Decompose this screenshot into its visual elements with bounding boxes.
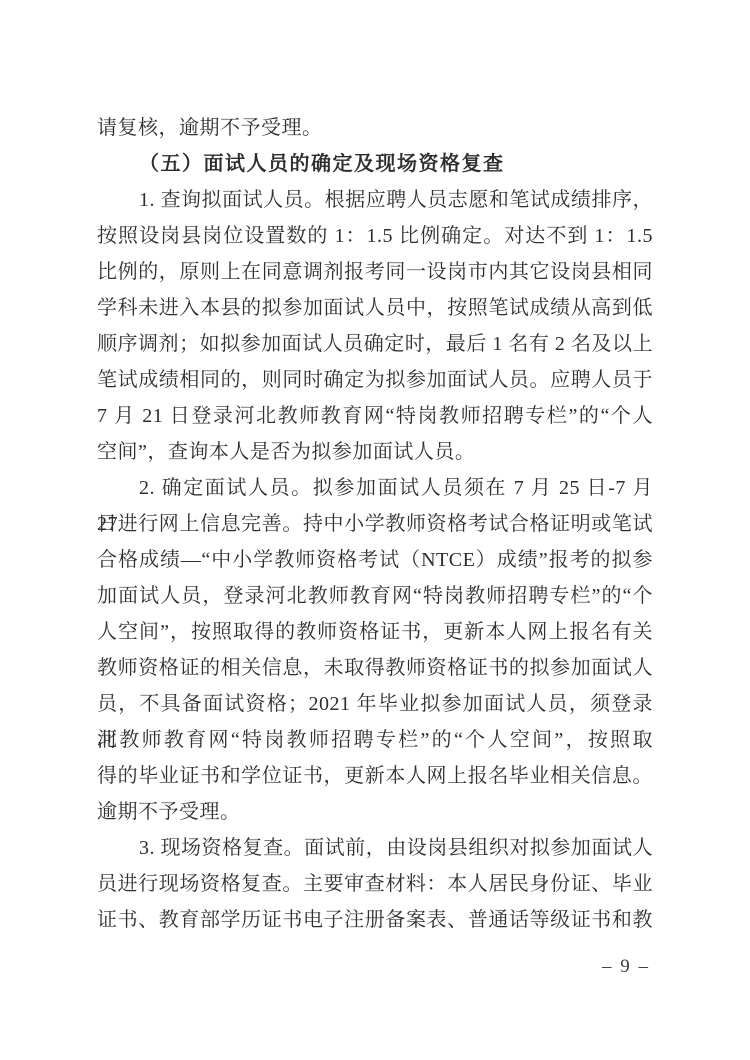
text-line: 得的毕业证书和学位证书，更新本人网上报名毕业相关信息。	[97, 758, 653, 794]
text-line: 请复核，逾期不予受理。	[97, 110, 653, 146]
text-line: 顺序调剂；如拟参加面试人员确定时，最后 1 名有 2 名及以上	[97, 326, 653, 362]
document-page: 请复核，逾期不予受理。（五）面试人员的确定及现场资格复查1. 查询拟面试人员。根…	[0, 0, 750, 1060]
text-line: 空间”，查询本人是否为拟参加面试人员。	[97, 434, 653, 470]
text-line: 比例的，原则上在同意调剂报考同一设岗市内其它设岗县相同	[97, 254, 653, 290]
text-line: 7 月 21 日登录河北教师教育网“特岗教师招聘专栏”的“个人	[97, 398, 653, 434]
text-line: 日进行网上信息完善。持中小学教师资格考试合格证明或笔试	[97, 506, 653, 542]
text-line: 2. 确定面试人员。拟参加面试人员须在 7 月 25 日-7 月 27	[97, 470, 653, 506]
text-line: 人空间”，按照取得的教师资格证书，更新本人网上报名有关	[97, 614, 653, 650]
text-line: 北教师教育网“特岗教师招聘专栏”的“个人空间”，按照取	[97, 722, 653, 758]
text-line: 教师资格证的相关信息，未取得教师资格证书的拟参加面试人	[97, 650, 653, 686]
text-line: 加面试人员，登录河北教师教育网“特岗教师招聘专栏”的“个	[97, 578, 653, 614]
text-line: 员进行现场资格复查。主要审查材料：本人居民身份证、毕业	[97, 866, 653, 902]
document-body: 请复核，逾期不予受理。（五）面试人员的确定及现场资格复查1. 查询拟面试人员。根…	[97, 110, 653, 938]
text-line: 逾期不予受理。	[97, 794, 653, 830]
text-line: 学科未进入本县的拟参加面试人员中，按照笔试成绩从高到低	[97, 290, 653, 326]
page-number: – 9 –	[602, 953, 650, 981]
text-line: 3. 现场资格复查。面试前，由设岗县组织对拟参加面试人	[97, 830, 653, 866]
text-line: 按照设岗县岗位设置数的 1：1.5 比例确定。对达不到 1：1.5	[97, 218, 653, 254]
text-line: 员，不具备面试资格；2021 年毕业拟参加面试人员，须登录河	[97, 686, 653, 722]
text-line: 证书、教育部学历证书电子注册备案表、普通话等级证书和教	[97, 902, 653, 938]
text-line: 合格成绩—“中小学教师资格考试（NTCE）成绩”报考的拟参	[97, 542, 653, 578]
text-line: 笔试成绩相同的，则同时确定为拟参加面试人员。应聘人员于	[97, 362, 653, 398]
text-line: 1. 查询拟面试人员。根据应聘人员志愿和笔试成绩排序，	[97, 182, 653, 218]
section-heading: （五）面试人员的确定及现场资格复查	[97, 146, 653, 182]
